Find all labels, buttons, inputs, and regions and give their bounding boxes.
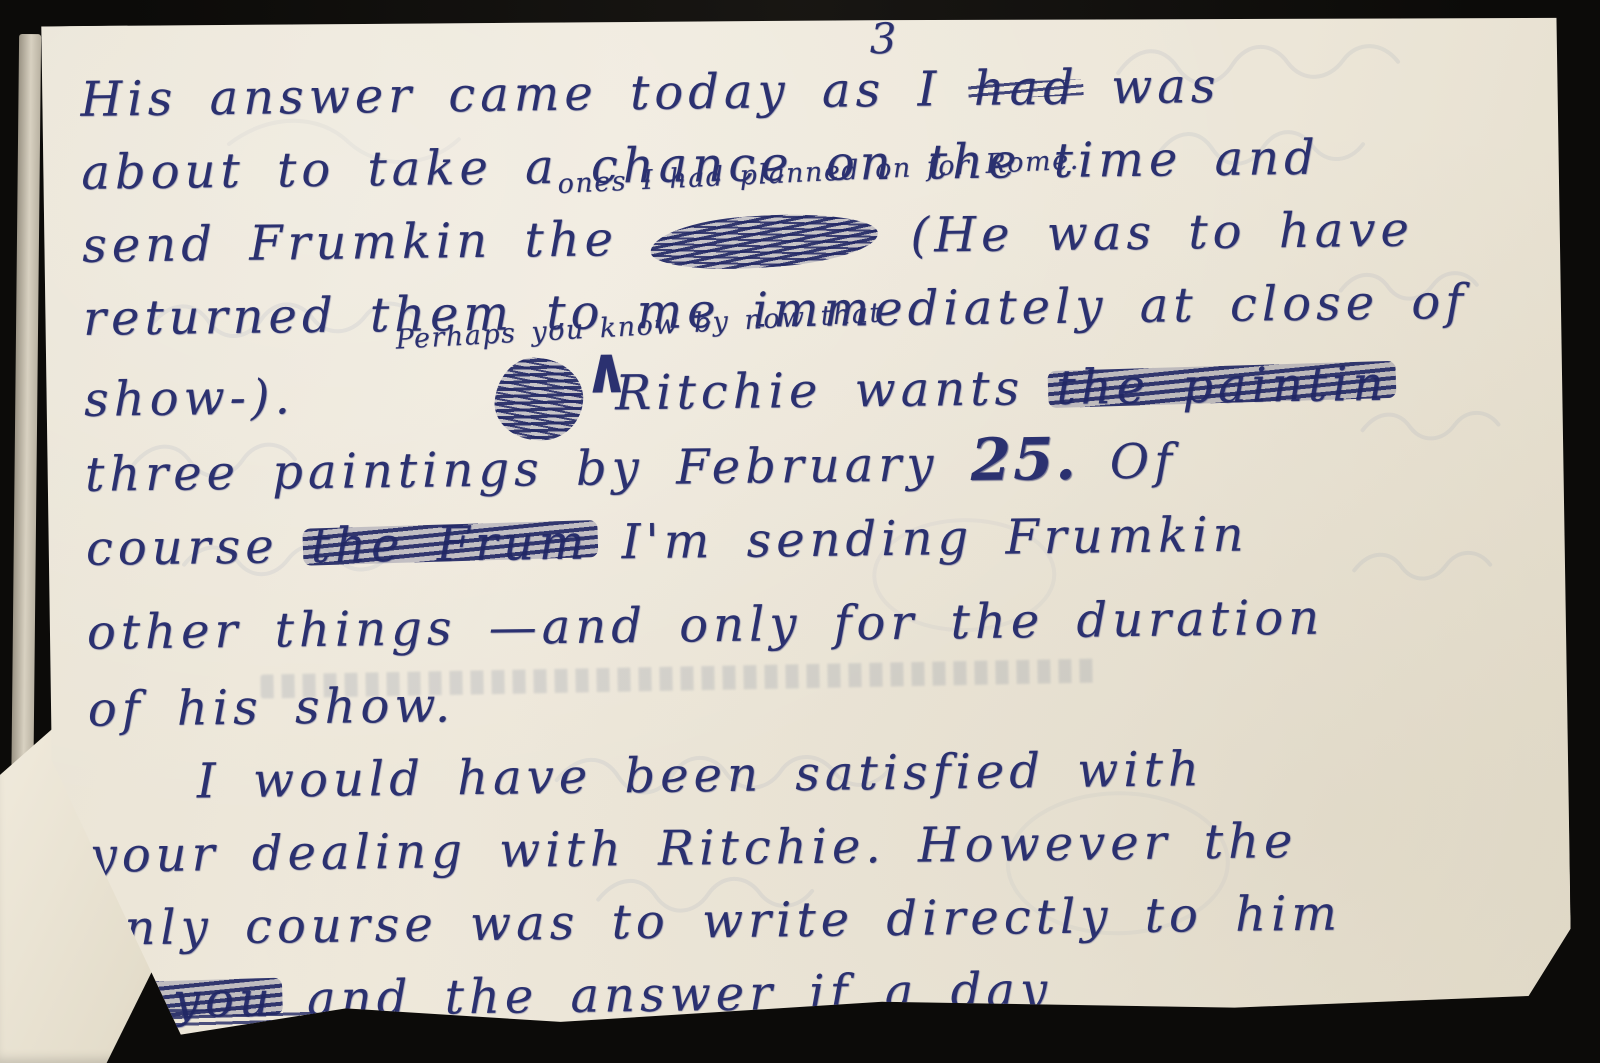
letter-page: 3 His answer came today as I had wasabou… — [28, 8, 1572, 1039]
handwritten-text: other things —and only for the duration — [87, 590, 1325, 661]
handwritten-line: course the Frum I'm sending Frumkin — [86, 503, 1567, 594]
handwritten-text: was — [1079, 58, 1221, 116]
ink-scribble-blob — [649, 208, 880, 275]
handwritten-text: of his show. — [88, 677, 456, 737]
handwritten-line: other things —and only for the duration — [87, 587, 1568, 678]
handwritten-text: I would have been satisfied with — [196, 741, 1204, 809]
handwritten-text: course — [86, 518, 312, 577]
handwritten-text: His answer came today as I — [80, 61, 974, 128]
handwriting-gap — [295, 411, 495, 413]
handwritten-text: send Frumkin the — [82, 211, 651, 274]
handwritten-text: Of — [1077, 433, 1177, 490]
handwritten-text: 25. — [970, 425, 1078, 494]
letter-body: His answer came today as I had wasabout … — [28, 54, 1572, 1048]
insertion-caret: ∧ — [583, 332, 631, 408]
crossed-out-text: had — [973, 60, 1079, 117]
handwritten-text: three paintings by February — [85, 436, 971, 503]
handwritten-text: I'm sending Frumkin — [589, 507, 1249, 571]
handwritten-text: show-). — [84, 369, 295, 428]
handwritten-text: Ritchie wants — [582, 360, 1056, 422]
crossed-out-text: the paintin — [1056, 356, 1389, 416]
page-number: 3 — [869, 14, 896, 63]
crossed-out-text: the Frum — [310, 515, 589, 574]
handwritten-text: (He was to have — [878, 202, 1414, 265]
